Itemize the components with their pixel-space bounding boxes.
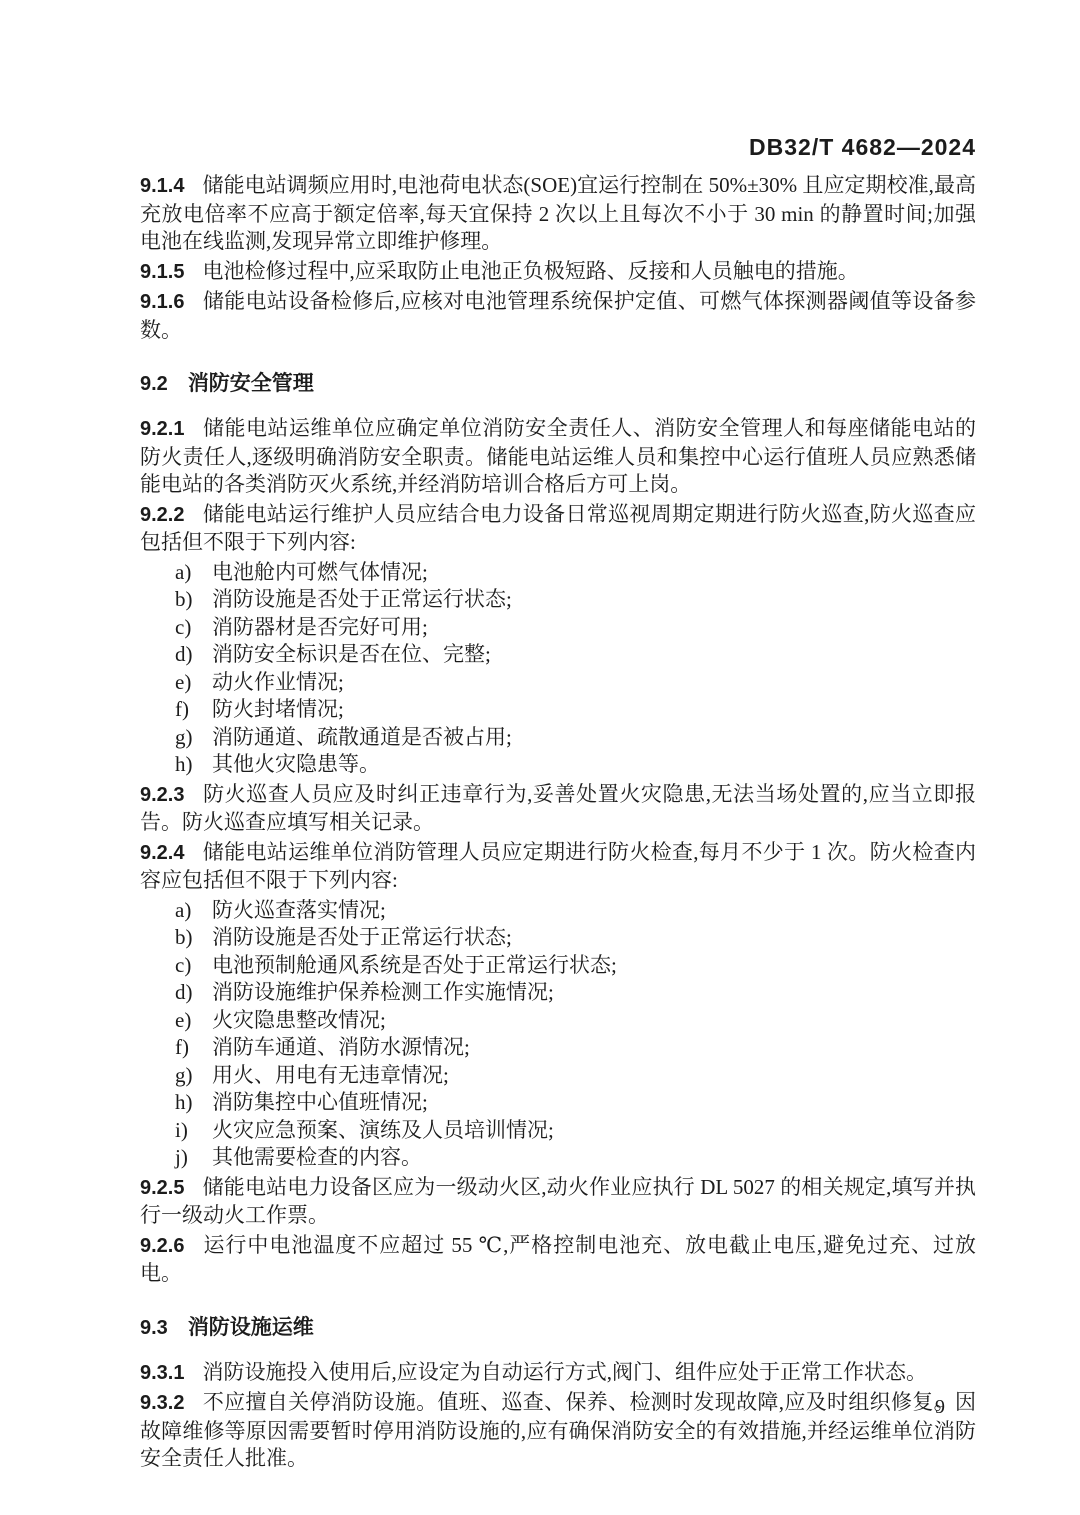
list-item: a)电池舱内可燃气体情况; xyxy=(175,559,976,587)
clause-number: 9.1.5 xyxy=(140,261,184,283)
clause-9-2-3: 9.2.3防火巡查人员应及时纠正违章行为,妥善处置火灾隐患,无法当场处置的,应当… xyxy=(140,781,976,837)
list-marker: g) xyxy=(175,724,212,752)
list-item: f)消防车通道、消防水源情况; xyxy=(175,1034,976,1062)
list-marker: h) xyxy=(175,751,212,779)
clause-number: 9.2.6 xyxy=(140,1235,184,1257)
list-marker: b) xyxy=(175,586,212,614)
list-marker: e) xyxy=(175,1007,212,1035)
list-marker: j) xyxy=(175,1144,212,1172)
list-marker: c) xyxy=(175,614,212,642)
list-item-text: 消防设施维护保养检测工作实施情况; xyxy=(212,979,554,1007)
clause-text: 储能电站运维单位消防管理人员应定期进行防火检查,每月不少于 1 次。防火检查内容… xyxy=(140,840,976,893)
clause-9-1-4: 9.1.4储能电站调频应用时,电池荷电状态(SOE)宜运行控制在 50%±30%… xyxy=(140,172,976,256)
clause-number: 9.2.2 xyxy=(140,504,184,526)
list-item-text: 其他火灾隐患等。 xyxy=(212,751,380,779)
clause-number: 9.2.5 xyxy=(140,1177,184,1199)
clause-text: 储能电站运维单位应确定单位消防安全责任人、消防安全管理人和每座储能电站的防火责任… xyxy=(140,416,976,496)
clause-text: 不应擅自关停消防设施。值班、巡查、保养、检测时发现故障,应及时组织修复。因故障维… xyxy=(140,1390,976,1470)
list-item-text: 动火作业情况; xyxy=(212,669,344,697)
clause-number: 9.2.3 xyxy=(140,784,184,806)
clause-9-2-6: 9.2.6运行中电池温度不应超过 55 ℃,严格控制电池充、放电截止电压,避免过… xyxy=(140,1232,976,1288)
list-item: d)消防安全标识是否在位、完整; xyxy=(175,641,976,669)
heading-number: 9.3 xyxy=(140,1317,168,1339)
list-item: b)消防设施是否处于正常运行状态; xyxy=(175,586,976,614)
clause-9-3-2: 9.3.2不应擅自关停消防设施。值班、巡查、保养、检测时发现故障,应及时组织修复… xyxy=(140,1389,976,1473)
clause-number: 9.1.6 xyxy=(140,291,184,313)
section-heading-9-2: 9.2消防安全管理 xyxy=(140,370,976,398)
clause-text: 消防设施投入使用后,应设定为自动运行方式,阀门、组件应处于正常工作状态。 xyxy=(202,1360,927,1384)
list-marker: a) xyxy=(175,559,212,587)
list-item-text: 消防设施是否处于正常运行状态; xyxy=(212,924,512,952)
list-item: c)电池预制舱通风系统是否处于正常运行状态; xyxy=(175,952,976,980)
list-item-text: 电池舱内可燃气体情况; xyxy=(212,559,428,587)
list-marker: f) xyxy=(175,1034,212,1062)
clause-9-3-1: 9.3.1消防设施投入使用后,应设定为自动运行方式,阀门、组件应处于正常工作状态… xyxy=(140,1359,976,1388)
list-item-text: 消防器材是否完好可用; xyxy=(212,614,428,642)
document-page: DB32/T 4682—2024 9.1.4储能电站调频应用时,电池荷电状态(S… xyxy=(0,0,1080,1515)
clause-number: 9.1.4 xyxy=(140,175,184,197)
list-marker: h) xyxy=(175,1089,212,1117)
list-item-text: 防火封堵情况; xyxy=(212,696,344,724)
list-item: b)消防设施是否处于正常运行状态; xyxy=(175,924,976,952)
clause-text: 储能电站调频应用时,电池荷电状态(SOE)宜运行控制在 50%±30% 且应定期… xyxy=(140,173,976,253)
clause-9-2-4: 9.2.4储能电站运维单位消防管理人员应定期进行防火检查,每月不少于 1 次。防… xyxy=(140,839,976,895)
list-item-text: 消防通道、疏散通道是否被占用; xyxy=(212,724,512,752)
list-marker: c) xyxy=(175,952,212,980)
list-item: c)消防器材是否完好可用; xyxy=(175,614,976,642)
list-item: e)动火作业情况; xyxy=(175,669,976,697)
list-item-text: 消防安全标识是否在位、完整; xyxy=(212,641,491,669)
standard-code: DB32/T 4682—2024 xyxy=(749,134,976,160)
clause-text: 储能电站电力设备区应为一级动火区,动火作业应执行 DL 5027 的相关规定,填… xyxy=(140,1175,976,1228)
list-item: i)火灾应急预案、演练及人员培训情况; xyxy=(175,1117,976,1145)
list-marker: f) xyxy=(175,696,212,724)
section-heading-9-3: 9.3消防设施运维 xyxy=(140,1314,976,1342)
clause-number: 9.3.2 xyxy=(140,1392,184,1414)
list-item: f)防火封堵情况; xyxy=(175,696,976,724)
list-item-text: 防火巡查落实情况; xyxy=(212,897,386,925)
fire-inspection-checklist: a)防火巡查落实情况; b)消防设施是否处于正常运行状态; c)电池预制舱通风系… xyxy=(175,897,976,1172)
list-item-text: 消防车通道、消防水源情况; xyxy=(212,1034,470,1062)
list-marker: a) xyxy=(175,897,212,925)
list-marker: i) xyxy=(175,1117,212,1145)
list-item-text: 火灾隐患整改情况; xyxy=(212,1007,386,1035)
clause-9-2-2: 9.2.2储能电站运行维护人员应结合电力设备日常巡视周期定期进行防火巡查,防火巡… xyxy=(140,501,976,557)
heading-number: 9.2 xyxy=(140,373,168,395)
clause-number: 9.2.4 xyxy=(140,842,184,864)
clause-text: 储能电站设备检修后,应核对电池管理系统保护定值、可燃气体探测器阈值等设备参数。 xyxy=(140,289,976,342)
clause-number: 9.2.1 xyxy=(140,418,184,440)
clause-9-1-6: 9.1.6储能电站设备检修后,应核对电池管理系统保护定值、可燃气体探测器阈值等设… xyxy=(140,288,976,344)
page-number: 9 xyxy=(935,1396,945,1418)
clause-text: 防火巡查人员应及时纠正违章行为,妥善处置火灾隐患,无法当场处置的,应当立即报告。… xyxy=(140,782,976,835)
list-marker: e) xyxy=(175,669,212,697)
list-item-text: 其他需要检查的内容。 xyxy=(212,1144,422,1172)
list-item: g)消防通道、疏散通道是否被占用; xyxy=(175,724,976,752)
list-item-text: 火灾应急预案、演练及人员培训情况; xyxy=(212,1117,554,1145)
page-footer: 9 xyxy=(900,1396,980,1419)
page-header: DB32/T 4682—2024 xyxy=(140,134,976,161)
list-item: a)防火巡查落实情况; xyxy=(175,897,976,925)
list-item: e)火灾隐患整改情况; xyxy=(175,1007,976,1035)
clause-9-1-5: 9.1.5电池检修过程中,应采取防止电池正负极短路、反接和人员触电的措施。 xyxy=(140,258,976,287)
clause-text: 储能电站运行维护人员应结合电力设备日常巡视周期定期进行防火巡查,防火巡查应包括但… xyxy=(140,502,976,555)
clause-number: 9.3.1 xyxy=(140,1362,184,1384)
list-item-text: 用火、用电有无违章情况; xyxy=(212,1062,449,1090)
list-item-text: 电池预制舱通风系统是否处于正常运行状态; xyxy=(212,952,617,980)
list-marker: b) xyxy=(175,924,212,952)
list-item: j)其他需要检查的内容。 xyxy=(175,1144,976,1172)
clause-9-2-5: 9.2.5储能电站电力设备区应为一级动火区,动火作业应执行 DL 5027 的相… xyxy=(140,1174,976,1230)
list-item-text: 消防设施是否处于正常运行状态; xyxy=(212,586,512,614)
document-body: 9.1.4储能电站调频应用时,电池荷电状态(SOE)宜运行控制在 50%±30%… xyxy=(140,172,976,1475)
clause-9-2-1: 9.2.1储能电站运维单位应确定单位消防安全责任人、消防安全管理人和每座储能电站… xyxy=(140,415,976,499)
list-marker: g) xyxy=(175,1062,212,1090)
list-item: g)用火、用电有无违章情况; xyxy=(175,1062,976,1090)
list-item: d)消防设施维护保养检测工作实施情况; xyxy=(175,979,976,1007)
list-item: h)消防集控中心值班情况; xyxy=(175,1089,976,1117)
list-marker: d) xyxy=(175,979,212,1007)
heading-title: 消防设施运维 xyxy=(188,1316,314,1339)
fire-patrol-checklist: a)电池舱内可燃气体情况; b)消防设施是否处于正常运行状态; c)消防器材是否… xyxy=(175,559,976,779)
clause-text: 运行中电池温度不应超过 55 ℃,严格控制电池充、放电截止电压,避免过充、过放电… xyxy=(140,1233,976,1286)
heading-title: 消防安全管理 xyxy=(188,372,314,395)
list-item: h)其他火灾隐患等。 xyxy=(175,751,976,779)
list-marker: d) xyxy=(175,641,212,669)
clause-text: 电池检修过程中,应采取防止电池正负极短路、反接和人员触电的措施。 xyxy=(202,259,858,283)
list-item-text: 消防集控中心值班情况; xyxy=(212,1089,428,1117)
